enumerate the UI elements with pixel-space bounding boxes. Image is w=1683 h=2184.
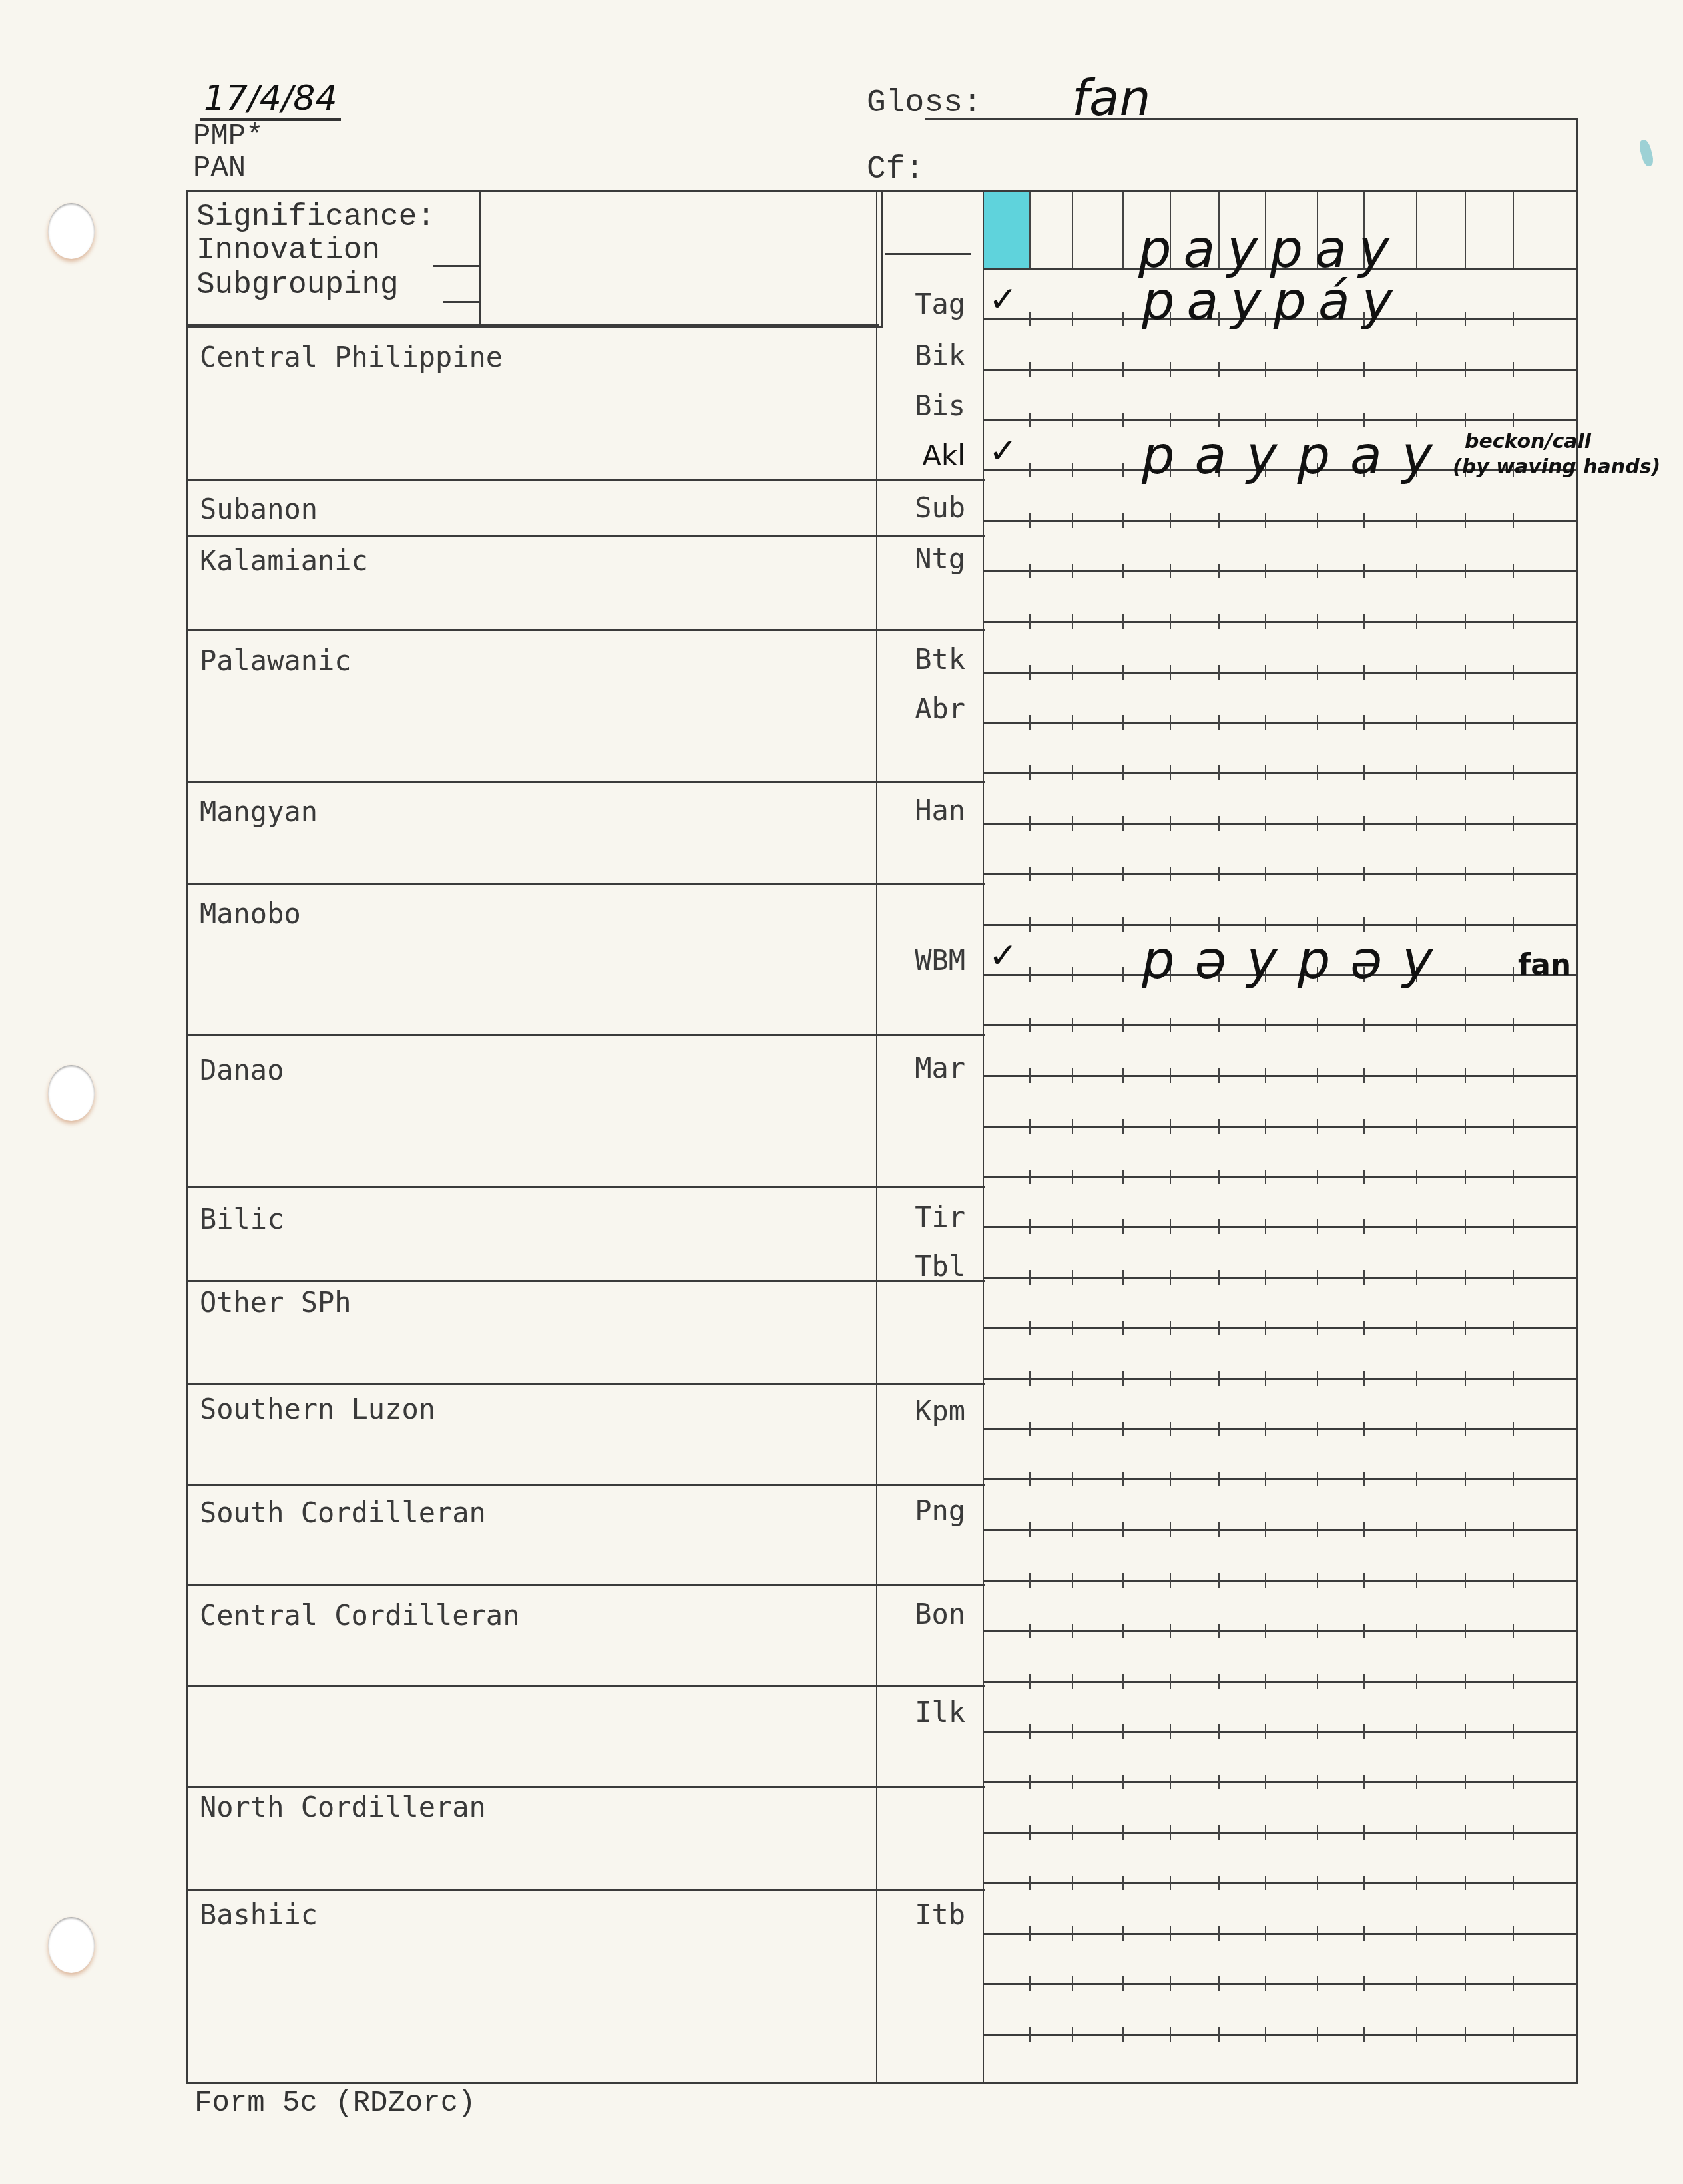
group-lang-divider [876, 190, 877, 2083]
rule-tick [1317, 816, 1318, 831]
rule-tick [1072, 564, 1073, 578]
rule-tick [1122, 1219, 1124, 1234]
rule-tick [1072, 513, 1073, 528]
rule-tick [1218, 513, 1220, 528]
rule-tick [1465, 513, 1466, 528]
innovation-blank[interactable] [433, 265, 479, 267]
rule-tick [1122, 2027, 1124, 2042]
rule-tick [1218, 1422, 1220, 1436]
lang-bis: Bis [912, 389, 965, 422]
rule-tick [1218, 1119, 1220, 1134]
rule-tick [1363, 1624, 1365, 1638]
lang-tag: Tag [912, 288, 965, 320]
rule-tick [1513, 413, 1514, 427]
rule-tick [1465, 1018, 1466, 1032]
rule-tick [1218, 1674, 1220, 1689]
rule-tick [1170, 1522, 1171, 1537]
rule-tick [1265, 1472, 1266, 1486]
rule-tick [1416, 765, 1417, 780]
rule-tick [1122, 1472, 1124, 1486]
rule-tick [1317, 614, 1318, 629]
rule-tick [1218, 1321, 1220, 1335]
rule-tick [1317, 1825, 1318, 1840]
rule-tick [1029, 564, 1031, 578]
rule-tick [1122, 1674, 1124, 1689]
rule-tick [1072, 1068, 1073, 1083]
rule-tick [1416, 1068, 1417, 1083]
rule-tick [1122, 1422, 1124, 1436]
rule-tick [1029, 463, 1031, 477]
rule-tick [1465, 816, 1466, 831]
rule-tick [1029, 1775, 1031, 1789]
rule-tick [1218, 816, 1220, 831]
rule-tick [1317, 665, 1318, 680]
group-danao: Danao [200, 1054, 284, 1086]
rule-tick [1416, 1976, 1417, 1991]
rule-tick [1122, 867, 1124, 881]
rule-tick [1029, 1674, 1031, 1689]
rule-tick [1170, 1371, 1171, 1386]
rule-tick [1029, 1321, 1031, 1335]
rule-tick [1265, 1573, 1266, 1588]
rule-tick [1122, 564, 1124, 578]
rule-tick [1513, 1018, 1514, 1032]
divider-significance [186, 324, 879, 326]
rule-tick [1363, 665, 1365, 680]
rule-tick [1072, 1119, 1073, 1134]
rule-tick [1170, 1170, 1171, 1184]
rule-tick [1363, 1068, 1365, 1083]
rule-tick [1363, 1522, 1365, 1537]
rule-tick [1416, 1170, 1417, 1184]
rule-tick [1218, 917, 1220, 932]
rule-tick [1465, 1573, 1466, 1588]
rule-tick [1416, 1371, 1417, 1386]
lang-btk: Btk [912, 643, 965, 676]
rule-tick [1513, 513, 1514, 528]
rule-tick [1265, 665, 1266, 680]
rule-tick [1072, 614, 1073, 629]
rule-tick [1513, 1472, 1514, 1486]
rule-tick [1265, 413, 1266, 427]
rule-tick [1513, 1170, 1514, 1184]
rule-tick [1218, 362, 1220, 377]
group-subanon: Subanon [200, 493, 318, 525]
rule-tick [1072, 715, 1073, 730]
rule-tick [1072, 765, 1073, 780]
rule-tick [1465, 1472, 1466, 1486]
rule-tick [1416, 665, 1417, 680]
rule-tick [1072, 1522, 1073, 1537]
punch-hole-top [48, 203, 95, 259]
rule-tick [1072, 1624, 1073, 1638]
akl-check-icon: ✓ [989, 431, 1018, 471]
rule-tick [1465, 312, 1466, 326]
rule-tick [1265, 614, 1266, 629]
gloss-box-right [1576, 118, 1578, 192]
rule-tick [1416, 1522, 1417, 1537]
rule-tick [1317, 564, 1318, 578]
rule-tick [1122, 1775, 1124, 1789]
rule-tick [1218, 1018, 1220, 1032]
rule-tick [1218, 765, 1220, 780]
rule-tick [1072, 1170, 1073, 1184]
lang-itb: Itb [912, 1898, 965, 1931]
rule-tick [1265, 816, 1266, 831]
divider-central-cordilleran [186, 1685, 985, 1687]
rule-tick [1265, 1422, 1266, 1436]
rule-tick [1170, 1624, 1171, 1638]
rule-tick [1122, 362, 1124, 377]
rule-tick [1265, 1270, 1266, 1285]
punch-hole-bottom [48, 1917, 95, 1973]
rule-tick [1170, 564, 1171, 578]
rule-tick [1218, 1775, 1220, 1789]
rule-tick [1218, 1068, 1220, 1083]
rule-tick [1122, 1724, 1124, 1739]
rule-tick [1218, 1522, 1220, 1537]
rule-tick [1465, 2027, 1466, 2042]
ink-smudge [1638, 139, 1655, 168]
tag-check-icon: ✓ [989, 280, 1018, 320]
rule-tick [1072, 312, 1073, 326]
reconstruction-column-divider [1122, 192, 1124, 268]
rule-tick [1218, 1724, 1220, 1739]
rule-tick [1363, 1724, 1365, 1739]
rule-tick [1513, 1724, 1514, 1739]
rule-tick [1265, 564, 1266, 578]
group-other-sph: Other SPh [200, 1286, 352, 1319]
rule-tick [1416, 867, 1417, 881]
rule-tick [1218, 1573, 1220, 1588]
rule-tick [1317, 1170, 1318, 1184]
subgrouping-blank[interactable] [443, 301, 479, 303]
proto-level-pmp: PMP* [193, 120, 264, 153]
rule-tick [1363, 1876, 1365, 1890]
rule-tick [1465, 765, 1466, 780]
divider-subanon [186, 535, 985, 537]
rule-tick [1170, 1573, 1171, 1588]
rule-tick [1218, 665, 1220, 680]
rule-tick [1170, 1674, 1171, 1689]
rule-tick [1072, 967, 1073, 982]
rule-tick [1029, 1976, 1031, 1991]
rule-tick [1170, 1472, 1171, 1486]
reconstruction-column-divider [1416, 192, 1417, 268]
rule-tick [1072, 816, 1073, 831]
rule-tick [1122, 1371, 1124, 1386]
rule-tick [1218, 1270, 1220, 1285]
divider-other-sph [186, 1383, 985, 1385]
lang-png: Png [912, 1494, 965, 1527]
rule-tick [1317, 867, 1318, 881]
rule-tick [1416, 614, 1417, 629]
rule-tick [1416, 816, 1417, 831]
rule-tick [1317, 513, 1318, 528]
rule-tick [1170, 1825, 1171, 1840]
rule-tick [1513, 1926, 1514, 1941]
reconstruction-column-divider [1029, 192, 1031, 268]
divider-north-cordilleran [186, 1889, 985, 1891]
rule-tick [1170, 1018, 1171, 1032]
rule-tick [1363, 564, 1365, 578]
rule-tick [1465, 1068, 1466, 1083]
group-southern-luzon: Southern Luzon [200, 1393, 435, 1425]
rule-tick [1072, 1018, 1073, 1032]
rule-tick [1072, 1876, 1073, 1890]
rule-tick [1416, 312, 1417, 326]
rule-tick [1170, 1068, 1171, 1083]
rule-tick [1513, 765, 1514, 780]
lang-wbm: WBM [912, 944, 965, 977]
rule-tick [1513, 1068, 1514, 1083]
rule-tick [1029, 867, 1031, 881]
rule-tick [1170, 362, 1171, 377]
rule-tick [1265, 1522, 1266, 1537]
rule-tick [1122, 1119, 1124, 1134]
table-top-border [186, 190, 1578, 192]
rule-tick [1513, 1674, 1514, 1689]
rule-tick [1465, 1371, 1466, 1386]
rule-tick [1465, 1270, 1466, 1285]
rule-tick [1029, 1573, 1031, 1588]
rule-tick [1122, 1573, 1124, 1588]
rule-tick [1363, 1573, 1365, 1588]
wbm-note: fan [1518, 948, 1571, 982]
rule-tick [1170, 1876, 1171, 1890]
reconstruction-column-divider [1465, 192, 1466, 268]
rule-tick [1122, 1624, 1124, 1638]
punch-hole-middle [48, 1065, 95, 1121]
rule-tick [1465, 1926, 1466, 1941]
rule-tick [1122, 413, 1124, 427]
lang-akl: Akl [912, 439, 965, 472]
reconstruction-column-divider [1513, 192, 1514, 268]
reconstruction-highlight-cell [984, 192, 1029, 268]
rule-tick [1465, 715, 1466, 730]
rule-tick [1513, 1775, 1514, 1789]
rule-tick [1218, 1976, 1220, 1991]
lang-bik: Bik [912, 339, 965, 372]
group-kalamianic: Kalamianic [200, 545, 368, 577]
rule-tick [1029, 1119, 1031, 1134]
rule-tick [1363, 1018, 1365, 1032]
rule-tick [1218, 1472, 1220, 1486]
rule-tick [1265, 362, 1266, 377]
rule-tick [1218, 1219, 1220, 1234]
rule-tick [1265, 917, 1266, 932]
rule-tick [1170, 1270, 1171, 1285]
wbm-check-icon: ✓ [989, 936, 1018, 976]
lang-han: Han [912, 794, 965, 827]
rule-tick [1317, 413, 1318, 427]
rule-tick [1072, 1674, 1073, 1689]
rule-tick [1122, 463, 1124, 477]
rule-tick [1122, 1018, 1124, 1032]
rule-tick [1513, 1522, 1514, 1537]
rule-tick [1363, 2027, 1365, 2042]
divider-ilk [186, 1786, 985, 1788]
rule-tick [1072, 1270, 1073, 1285]
rule-tick [1170, 1926, 1171, 1941]
rule-tick [1029, 2027, 1031, 2042]
rule-tick [1513, 1976, 1514, 1991]
rule-tick [1317, 1321, 1318, 1335]
innovation-label: Innovation [196, 233, 380, 268]
rule-tick [1465, 1170, 1466, 1184]
rule-tick [1317, 1472, 1318, 1486]
rule-tick [1363, 1371, 1365, 1386]
rule-tick [1029, 614, 1031, 629]
rule-tick [1170, 1219, 1171, 1234]
rule-tick [1513, 715, 1514, 730]
rule-tick [1363, 1976, 1365, 1991]
rule-tick [1265, 1321, 1266, 1335]
rule-tick [1513, 1219, 1514, 1234]
rule-tick [1122, 1068, 1124, 1083]
rule-tick [1122, 1270, 1124, 1285]
rule-tick [1465, 564, 1466, 578]
rule-tick [1122, 1522, 1124, 1537]
rule-tick [1513, 2027, 1514, 2042]
lang-ilk: Ilk [912, 1696, 965, 1729]
rule-tick [1317, 1522, 1318, 1537]
rule-tick [1513, 614, 1514, 629]
rule-tick [1122, 967, 1124, 982]
rule-tick [1513, 1624, 1514, 1638]
lang-mar: Mar [912, 1052, 965, 1084]
divider-danao [186, 1186, 985, 1188]
rule-tick [1416, 1674, 1417, 1689]
rule-tick [1029, 1472, 1031, 1486]
rule-tick [1029, 967, 1031, 982]
rule-tick [1265, 1371, 1266, 1386]
rule-tick [1513, 1422, 1514, 1436]
rule-tick [1416, 1825, 1417, 1840]
divider-south-cordilleran [186, 1584, 985, 1586]
rule-tick [1072, 1976, 1073, 1991]
rule-tick [1465, 1219, 1466, 1234]
rule-tick [1513, 1876, 1514, 1890]
rule-tick [1122, 665, 1124, 680]
group-central-philippine: Central Philippine [200, 341, 503, 373]
rule-tick [1317, 1371, 1318, 1386]
rule-tick [1265, 1724, 1266, 1739]
rule-tick [1218, 867, 1220, 881]
rule-tick [1072, 463, 1073, 477]
rule-tick [1465, 614, 1466, 629]
rule-tick [1029, 1068, 1031, 1083]
rule-tick [1513, 917, 1514, 932]
rule-tick [1363, 513, 1365, 528]
group-central-cordilleran: Central Cordilleran [200, 1599, 519, 1632]
rule-tick [1513, 362, 1514, 377]
rule-tick [1465, 1876, 1466, 1890]
rule-tick [1416, 2027, 1417, 2042]
rule-tick [1265, 867, 1266, 881]
lang-bon: Bon [912, 1598, 965, 1630]
rule-tick [1029, 1876, 1031, 1890]
rule-tick [1170, 1119, 1171, 1134]
rule-tick [1317, 1270, 1318, 1285]
rule-tick [1218, 564, 1220, 578]
rule-tick [1416, 413, 1417, 427]
rule-tick [1029, 1825, 1031, 1840]
rule-tick [1029, 1724, 1031, 1739]
rule-tick [1513, 564, 1514, 578]
wbm-form[interactable]: pəypəy [1142, 931, 1453, 990]
rule-tick [1363, 867, 1365, 881]
rule-tick [1465, 1422, 1466, 1436]
rule-tick [1416, 513, 1417, 528]
rule-tick [1513, 1270, 1514, 1285]
reconstruction-column-divider [1072, 192, 1073, 268]
rule-tick [1363, 1926, 1365, 1941]
rule-tick [1029, 1371, 1031, 1386]
rule-tick [1122, 816, 1124, 831]
rule-tick [1513, 312, 1514, 326]
rule-tick [1416, 1119, 1417, 1134]
rule-tick [1029, 816, 1031, 831]
akl-note-line1: beckon/call [1465, 430, 1591, 453]
rule-tick [1072, 362, 1073, 377]
rule-tick [1317, 362, 1318, 377]
rule-tick [1513, 867, 1514, 881]
rule-tick [1029, 665, 1031, 680]
rule-tick [1170, 867, 1171, 881]
rule-tick [1465, 665, 1466, 680]
rule-tick [1029, 1270, 1031, 1285]
rule-tick [1363, 614, 1365, 629]
akl-note-line2: (by waving hands) [1453, 455, 1660, 479]
table-left-border [186, 190, 188, 2083]
akl-form[interactable]: paypay [1142, 426, 1453, 486]
rule-tick [1465, 1674, 1466, 1689]
rule-tick [1416, 1573, 1417, 1588]
tag-form[interactable]: paypáy [1142, 272, 1405, 331]
rule-tick [1416, 1321, 1417, 1335]
group-manobo: Manobo [200, 897, 301, 930]
rule-tick [1122, 1876, 1124, 1890]
rule-tick [1513, 1573, 1514, 1588]
rule-tick [1122, 917, 1124, 932]
rule-tick [1317, 1976, 1318, 1991]
rule-tick [1072, 1724, 1073, 1739]
rule-tick [1265, 2027, 1266, 2042]
rule-tick [1416, 1219, 1417, 1234]
significance-divider [479, 190, 481, 326]
rule-tick [1465, 1976, 1466, 1991]
rule-tick [1170, 1321, 1171, 1335]
reconstruction-dash [885, 253, 971, 255]
rule-tick [1416, 362, 1417, 377]
rule-tick [1265, 1674, 1266, 1689]
rule-tick [1363, 1775, 1365, 1789]
rule-tick [1317, 1674, 1318, 1689]
reconstruction-form: paypay [1138, 220, 1401, 280]
rule-tick [1416, 715, 1417, 730]
rule-tick [1465, 867, 1466, 881]
rule-tick [1218, 1926, 1220, 1941]
gloss-label: Gloss: [867, 85, 982, 121]
rule-tick [1029, 715, 1031, 730]
rule-tick [1265, 1976, 1266, 1991]
subgrouping-label: Subgrouping [196, 268, 399, 302]
rule-tick [1122, 513, 1124, 528]
group-bashiic: Bashiic [200, 1898, 318, 1931]
rule-tick [1122, 1976, 1124, 1991]
rule-tick [1072, 1371, 1073, 1386]
